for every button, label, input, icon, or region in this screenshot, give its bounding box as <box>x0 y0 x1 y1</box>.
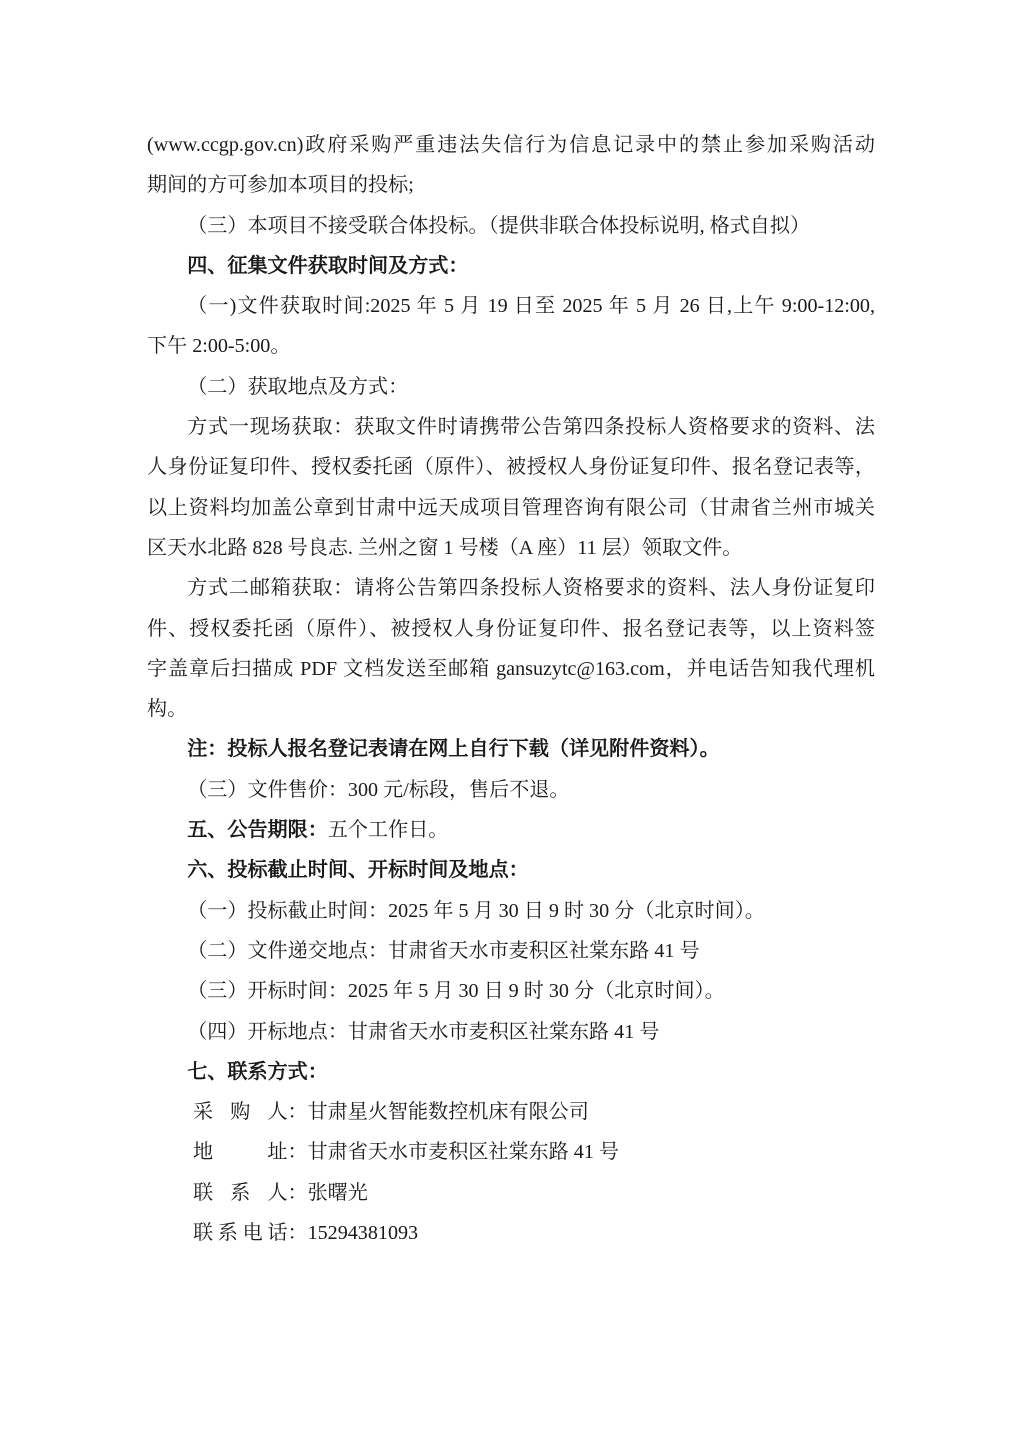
contact-label: 地址 <box>193 1132 287 1172</box>
text-line: 期间的方可参加本项目的投标; <box>147 165 875 205</box>
text-line: 人身份证复印件、授权委托函（原件）、被授权人身份证复印件、报名登记表等， <box>147 447 875 487</box>
text-line: （二）获取地点及方式： <box>147 367 875 407</box>
contact-label: 采购人 <box>193 1092 287 1132</box>
contact-label-char: 联 <box>193 1173 213 1213</box>
contact-label-char: 系 <box>218 1213 238 1253</box>
text-line: 以上资料均加盖公章到甘肃中远天成项目管理咨询有限公司（甘肃省兰州市城关 <box>147 488 875 528</box>
contact-value: 甘肃星火智能数控机床有限公司 <box>308 1101 589 1123</box>
text-line: 字盖章后扫描成 PDF 文档发送至邮箱 gansuzytc@163.com，并电… <box>147 649 875 689</box>
contact-label-char: 人 <box>267 1173 287 1213</box>
contact-label: 联系电话 <box>193 1213 287 1253</box>
contact-colon: ： <box>287 1222 307 1244</box>
section-heading-line: 七、联系方式： <box>147 1052 875 1092</box>
text-line: 构。 <box>147 689 875 729</box>
contact-label-char: 采 <box>193 1092 213 1132</box>
contact-line: 联系人：张曙光 <box>147 1173 875 1213</box>
text-line: 方式二邮箱获取：请将公告第四条投标人资格要求的资料、法人身份证复印 <box>147 568 875 608</box>
contact-line: 采购人：甘肃星火智能数控机床有限公司 <box>147 1092 875 1132</box>
text-line: 件、授权委托函（原件）、被授权人身份证复印件、报名登记表等，以上资料签 <box>147 609 875 649</box>
contact-value: 15294381093 <box>308 1222 419 1244</box>
contact-label-char: 购 <box>230 1092 250 1132</box>
text-line: （一)文件获取时间:2025 年 5 月 19 日至 2025 年 5 月 26… <box>147 286 875 326</box>
contact-colon: ： <box>287 1101 307 1123</box>
document-page: (www.ccgp.gov.cn)政府采购严重违法失信行为信息记录中的禁止参加采… <box>0 0 1024 1448</box>
contact-value: 张曙光 <box>308 1182 368 1204</box>
contact-line: 地址：甘肃省天水市麦积区社棠东路 41 号 <box>147 1132 875 1172</box>
contact-label-char: 电 <box>243 1213 263 1253</box>
contact-value: 甘肃省天水市麦积区社棠东路 41 号 <box>308 1141 619 1163</box>
text-line: (www.ccgp.gov.cn)政府采购严重违法失信行为信息记录中的禁止参加采… <box>147 125 875 165</box>
contact-label-char: 址 <box>267 1132 287 1172</box>
text-line: （三）本项目不接受联合体投标。（提供非联合体投标说明, 格式自拟） <box>147 206 875 246</box>
text-line: （三）开标时间：2025 年 5 月 30 日 9 时 30 分（北京时间）。 <box>147 971 875 1011</box>
section-heading-line: 四、征集文件获取时间及方式： <box>147 246 875 286</box>
text-line: 方式一现场获取：获取文件时请携带公告第四条投标人资格要求的资料、法 <box>147 407 875 447</box>
text-line: （三）文件售价：300 元/标段，售后不退。 <box>147 770 875 810</box>
text-line: 下午 2:00-5:00。 <box>147 326 875 366</box>
contact-line: 联系电话：15294381093 <box>147 1213 875 1253</box>
contact-label-char: 联 <box>193 1213 213 1253</box>
contact-label-char: 人 <box>267 1092 287 1132</box>
text-line: 五、公告期限：五个工作日。 <box>147 810 875 850</box>
text-line: （二）文件递交地点：甘肃省天水市麦积区社棠东路 41 号 <box>147 931 875 971</box>
section-heading-line: 六、投标截止时间、开标时间及地点： <box>147 850 875 890</box>
document-body: (www.ccgp.gov.cn)政府采购严重违法失信行为信息记录中的禁止参加采… <box>147 125 875 1253</box>
heading-run: 五、公告期限： <box>187 819 328 841</box>
text-run: 五个工作日。 <box>328 819 449 841</box>
text-line: 区天水北路 828 号良志. 兰州之窗 1 号楼（A 座）11 层）领取文件。 <box>147 528 875 568</box>
text-line: （四）开标地点：甘肃省天水市麦积区社棠东路 41 号 <box>147 1012 875 1052</box>
contact-label-char: 地 <box>193 1132 213 1172</box>
contact-label-char: 系 <box>230 1173 250 1213</box>
contact-label: 联系人 <box>193 1173 287 1213</box>
text-line: （一）投标截止时间：2025 年 5 月 30 日 9 时 30 分（北京时间）… <box>147 891 875 931</box>
section-heading-line: 注：投标人报名登记表请在网上自行下载（详见附件资料）。 <box>147 729 875 769</box>
contact-colon: ： <box>287 1141 307 1163</box>
contact-label-char: 话 <box>267 1213 287 1253</box>
contact-colon: ： <box>287 1182 307 1204</box>
